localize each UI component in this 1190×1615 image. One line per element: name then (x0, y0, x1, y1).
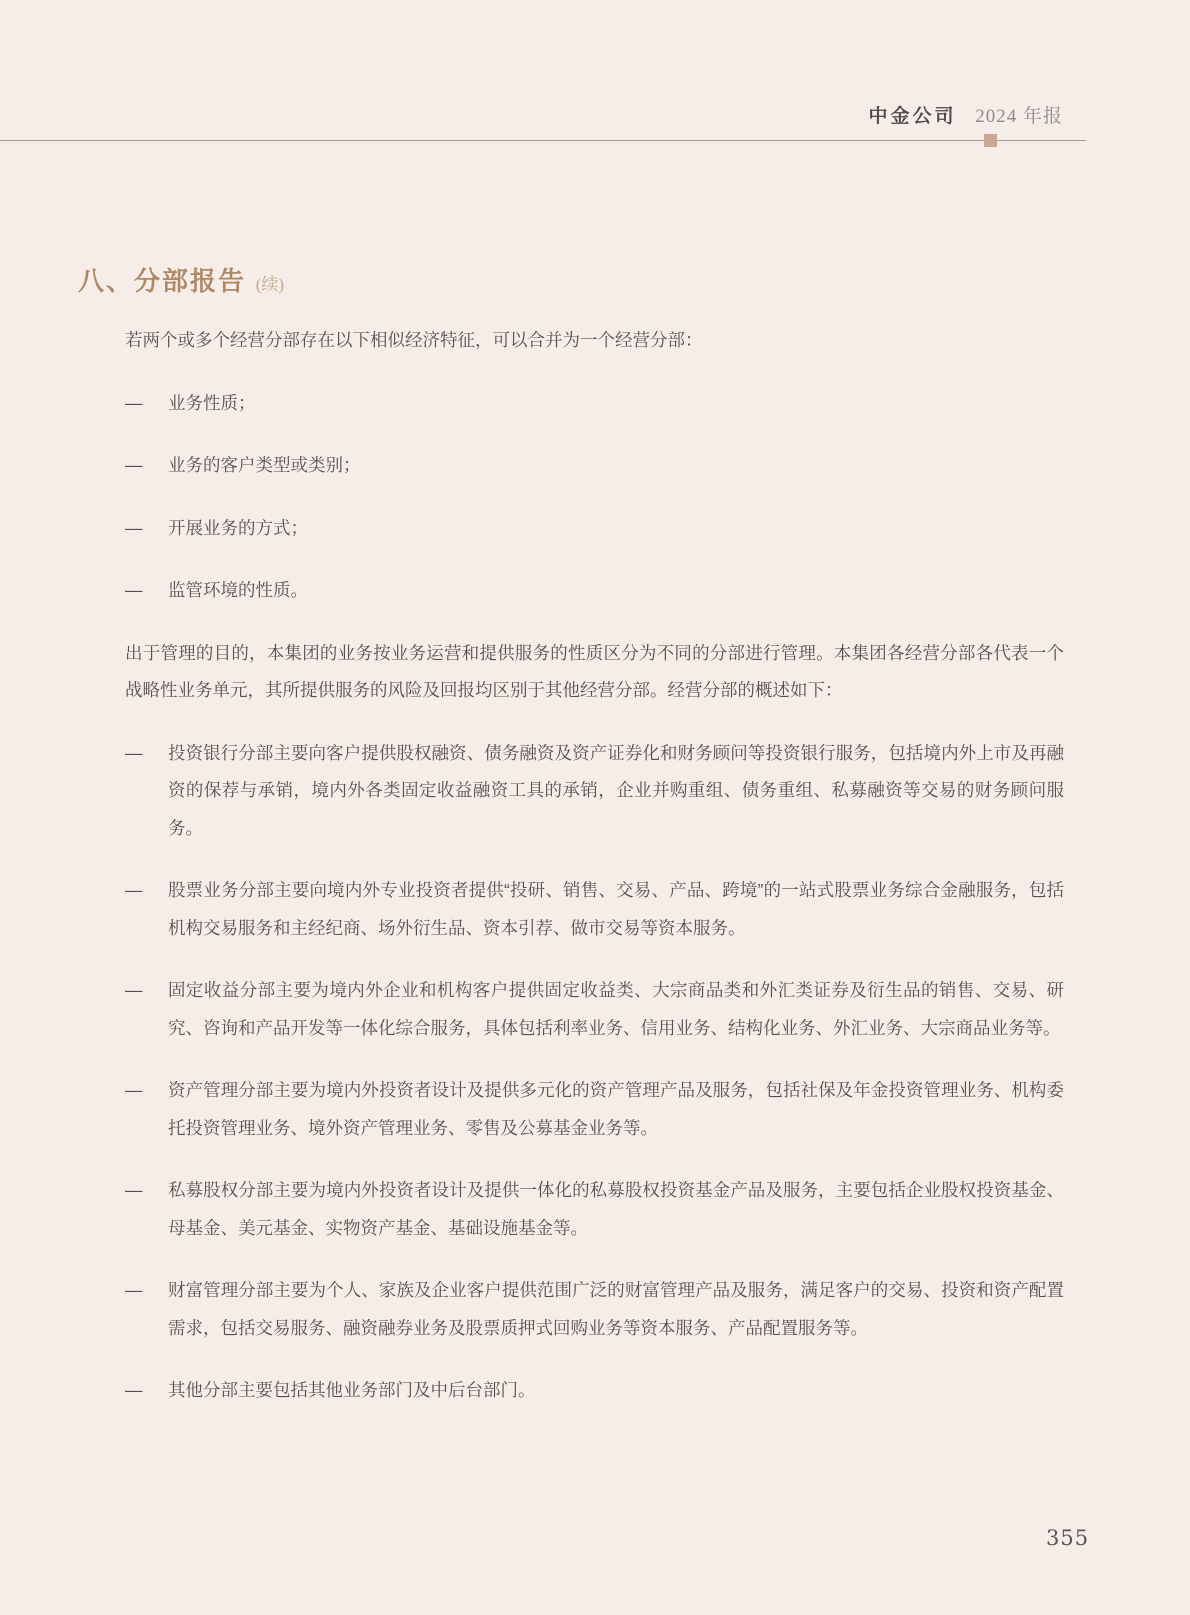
segment-equities: 股票业务分部主要向境内外专业投资者提供“投研、销售、交易、产品、跨境”的一站式股… (168, 872, 1064, 947)
list-item-text: 监管环境的性质。 (168, 572, 1064, 610)
dash-bullet: — (125, 572, 168, 610)
dash-bullet: — (125, 872, 168, 947)
segment-others: 其他分部主要包括其他业务部门及中后台部门。 (168, 1372, 1064, 1410)
dash-bullet: — (125, 510, 168, 548)
section-title-continuation: (续) (256, 275, 284, 294)
list-item: — 财富管理分部主要为个人、家族及企业客户提供范围广泛的财富管理产品及服务，满足… (125, 1272, 1064, 1347)
list-item: — 业务的客户类型或类别； (125, 447, 1064, 485)
list-item: — 开展业务的方式； (125, 510, 1064, 548)
dash-bullet: — (125, 1272, 168, 1347)
section-title: 八、分部报告 (续) (78, 264, 1064, 302)
body-text: 若两个或多个经营分部存在以下相似经济特征，可以合并为一个经营分部： — 业务性质… (125, 322, 1064, 1410)
list-item: — 监管环境的性质。 (125, 572, 1064, 610)
intro-paragraph: 若两个或多个经营分部存在以下相似经济特征，可以合并为一个经营分部： (125, 322, 1064, 360)
segments-list: — 投资银行分部主要向客户提供股权融资、债务融资及资产证券化和财务顾问等投资银行… (125, 735, 1064, 1410)
list-item-text: 开展业务的方式； (168, 510, 1064, 548)
list-item: — 私募股权分部主要为境内外投资者设计及提供一体化的私募股权投资基金产品及服务，… (125, 1172, 1064, 1247)
main-content: 八、分部报告 (续) 若两个或多个经营分部存在以下相似经济特征，可以合并为一个经… (78, 264, 1064, 1410)
dash-bullet: — (125, 447, 168, 485)
dash-bullet: — (125, 385, 168, 423)
list-item-text: 业务的客户类型或类别； (168, 447, 1064, 485)
dash-bullet: — (125, 1372, 168, 1410)
segment-fixed-income: 固定收益分部主要为境内外企业和机构客户提供固定收益类、大宗商品类和外汇类证券及衍… (168, 972, 1064, 1047)
company-name: 中金公司 (868, 106, 956, 127)
header-divider (0, 140, 1086, 141)
segment-private-equity: 私募股权分部主要为境内外投资者设计及提供一体化的私募股权投资基金产品及服务，主要… (168, 1172, 1064, 1247)
list-item: — 固定收益分部主要为境内外企业和机构客户提供固定收益类、大宗商品类和外汇类证券… (125, 972, 1064, 1047)
list-item: — 投资银行分部主要向客户提供股权融资、债务融资及资产证券化和财务顾问等投资银行… (125, 735, 1064, 848)
dash-bullet: — (125, 735, 168, 848)
report-page: 中金公司 2024 年报 八、分部报告 (续) 若两个或多个经营分部存在以下相似… (0, 0, 1190, 1615)
page-number: 355 (1046, 1526, 1089, 1550)
list-item: — 业务性质； (125, 385, 1064, 423)
list-item: — 其他分部主要包括其他业务部门及中后台部门。 (125, 1372, 1064, 1410)
list-item: — 资产管理分部主要为境内外投资者设计及提供多元化的资产管理产品及服务，包括社保… (125, 1072, 1064, 1147)
segment-wealth-management: 财富管理分部主要为个人、家族及企业客户提供范围广泛的财富管理产品及服务，满足客户… (168, 1272, 1064, 1347)
page-header: 中金公司 2024 年报 (868, 101, 1063, 128)
segment-asset-management: 资产管理分部主要为境内外投资者设计及提供多元化的资产管理产品及服务，包括社保及年… (168, 1072, 1064, 1147)
dash-bullet: — (125, 972, 168, 1047)
list-item-text: 业务性质； (168, 385, 1064, 423)
dash-bullet: — (125, 1072, 168, 1147)
criteria-list: — 业务性质； — 业务的客户类型或类别； — 开展业务的方式； — 监管环境的… (125, 385, 1064, 610)
header-square-marker (984, 134, 997, 147)
dash-bullet: — (125, 1172, 168, 1247)
segment-investment-banking: 投资银行分部主要向客户提供股权融资、债务融资及资产证券化和财务顾问等投资银行服务… (168, 735, 1064, 848)
list-item: — 股票业务分部主要向境内外专业投资者提供“投研、销售、交易、产品、跨境”的一站… (125, 872, 1064, 947)
section-title-text: 八、分部报告 (78, 266, 246, 296)
report-year: 2024 年报 (975, 106, 1063, 127)
management-paragraph: 出于管理的目的，本集团的业务按业务运营和提供服务的性质区分为不同的分部进行管理。… (125, 635, 1064, 710)
